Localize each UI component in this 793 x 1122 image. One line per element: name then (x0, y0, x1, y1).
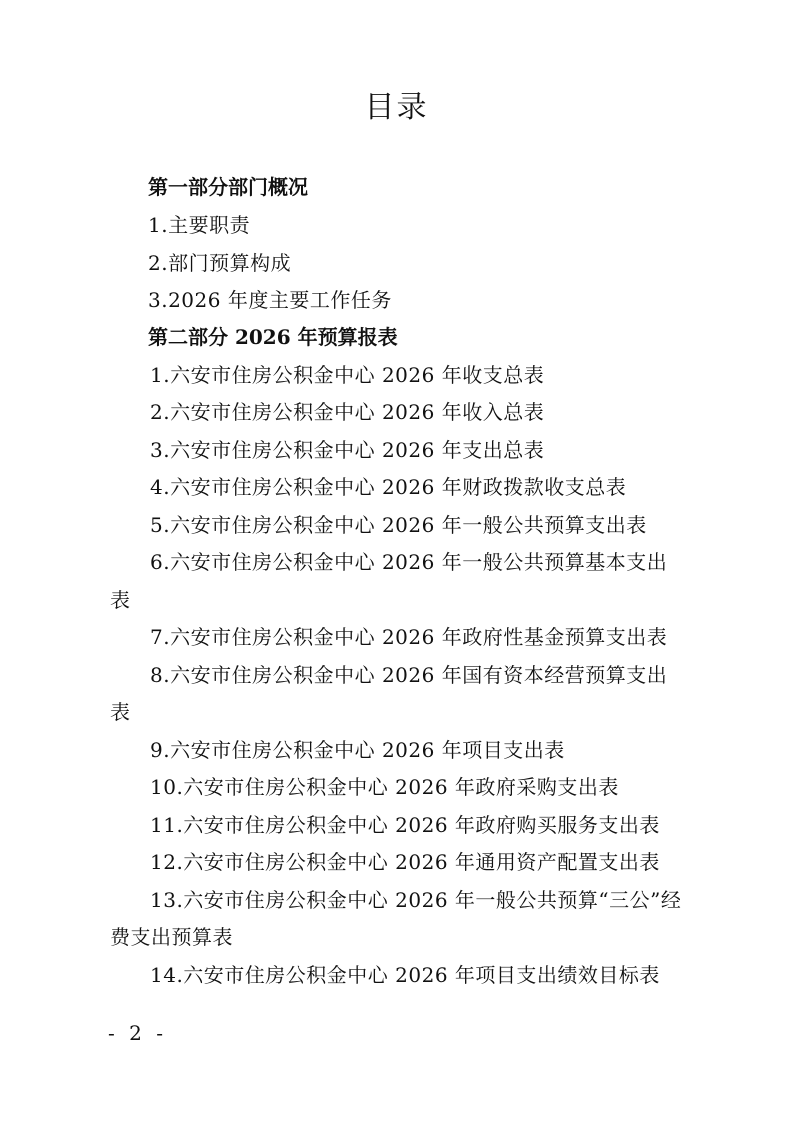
toc-item: 13.六安市住房公积金中心 2026 年一般公共预算“三公”经 (150, 887, 681, 913)
toc-item: 4.六安市住房公积金中心 2026 年财政拨款收支总表 (150, 474, 626, 500)
page-number: - 2 - (108, 1020, 167, 1046)
toc-item-continuation: 费支出预算表 (110, 924, 233, 950)
toc-item: 5.六安市住房公积金中心 2026 年一般公共预算支出表 (150, 512, 647, 538)
toc-item: 7.六安市住房公积金中心 2026 年政府性基金预算支出表 (150, 624, 667, 650)
toc-item: 1.主要职责 (148, 212, 250, 238)
part1-heading: 第一部分部门概况 (148, 174, 308, 200)
toc-item: 3.六安市住房公积金中心 2026 年支出总表 (150, 437, 544, 463)
toc-item-continuation: 表 (110, 587, 131, 613)
toc-item: 2.六安市住房公积金中心 2026 年收入总表 (150, 399, 544, 425)
toc-item: 8.六安市住房公积金中心 2026 年国有资本经营预算支出 (150, 662, 667, 688)
part2-heading: 第二部分 2026 年预算报表 (148, 324, 398, 350)
toc-item: 9.六安市住房公积金中心 2026 年项目支出表 (150, 737, 565, 763)
toc-item: 12.六安市住房公积金中心 2026 年通用资产配置支出表 (150, 849, 660, 875)
toc-item: 3.2026 年度主要工作任务 (148, 287, 392, 313)
toc-item: 6.六安市住房公积金中心 2026 年一般公共预算基本支出 (150, 549, 667, 575)
toc-item: 2.部门预算构成 (148, 250, 291, 276)
toc-item-continuation: 表 (110, 699, 131, 725)
toc-item: 1.六安市住房公积金中心 2026 年收支总表 (150, 362, 544, 388)
toc-item: 11.六安市住房公积金中心 2026 年政府购买服务支出表 (150, 812, 660, 838)
page-title: 目录 (0, 88, 793, 128)
toc-item: 14.六安市住房公积金中心 2026 年项目支出绩效目标表 (150, 962, 660, 988)
toc-item: 10.六安市住房公积金中心 2026 年政府采购支出表 (150, 774, 619, 800)
